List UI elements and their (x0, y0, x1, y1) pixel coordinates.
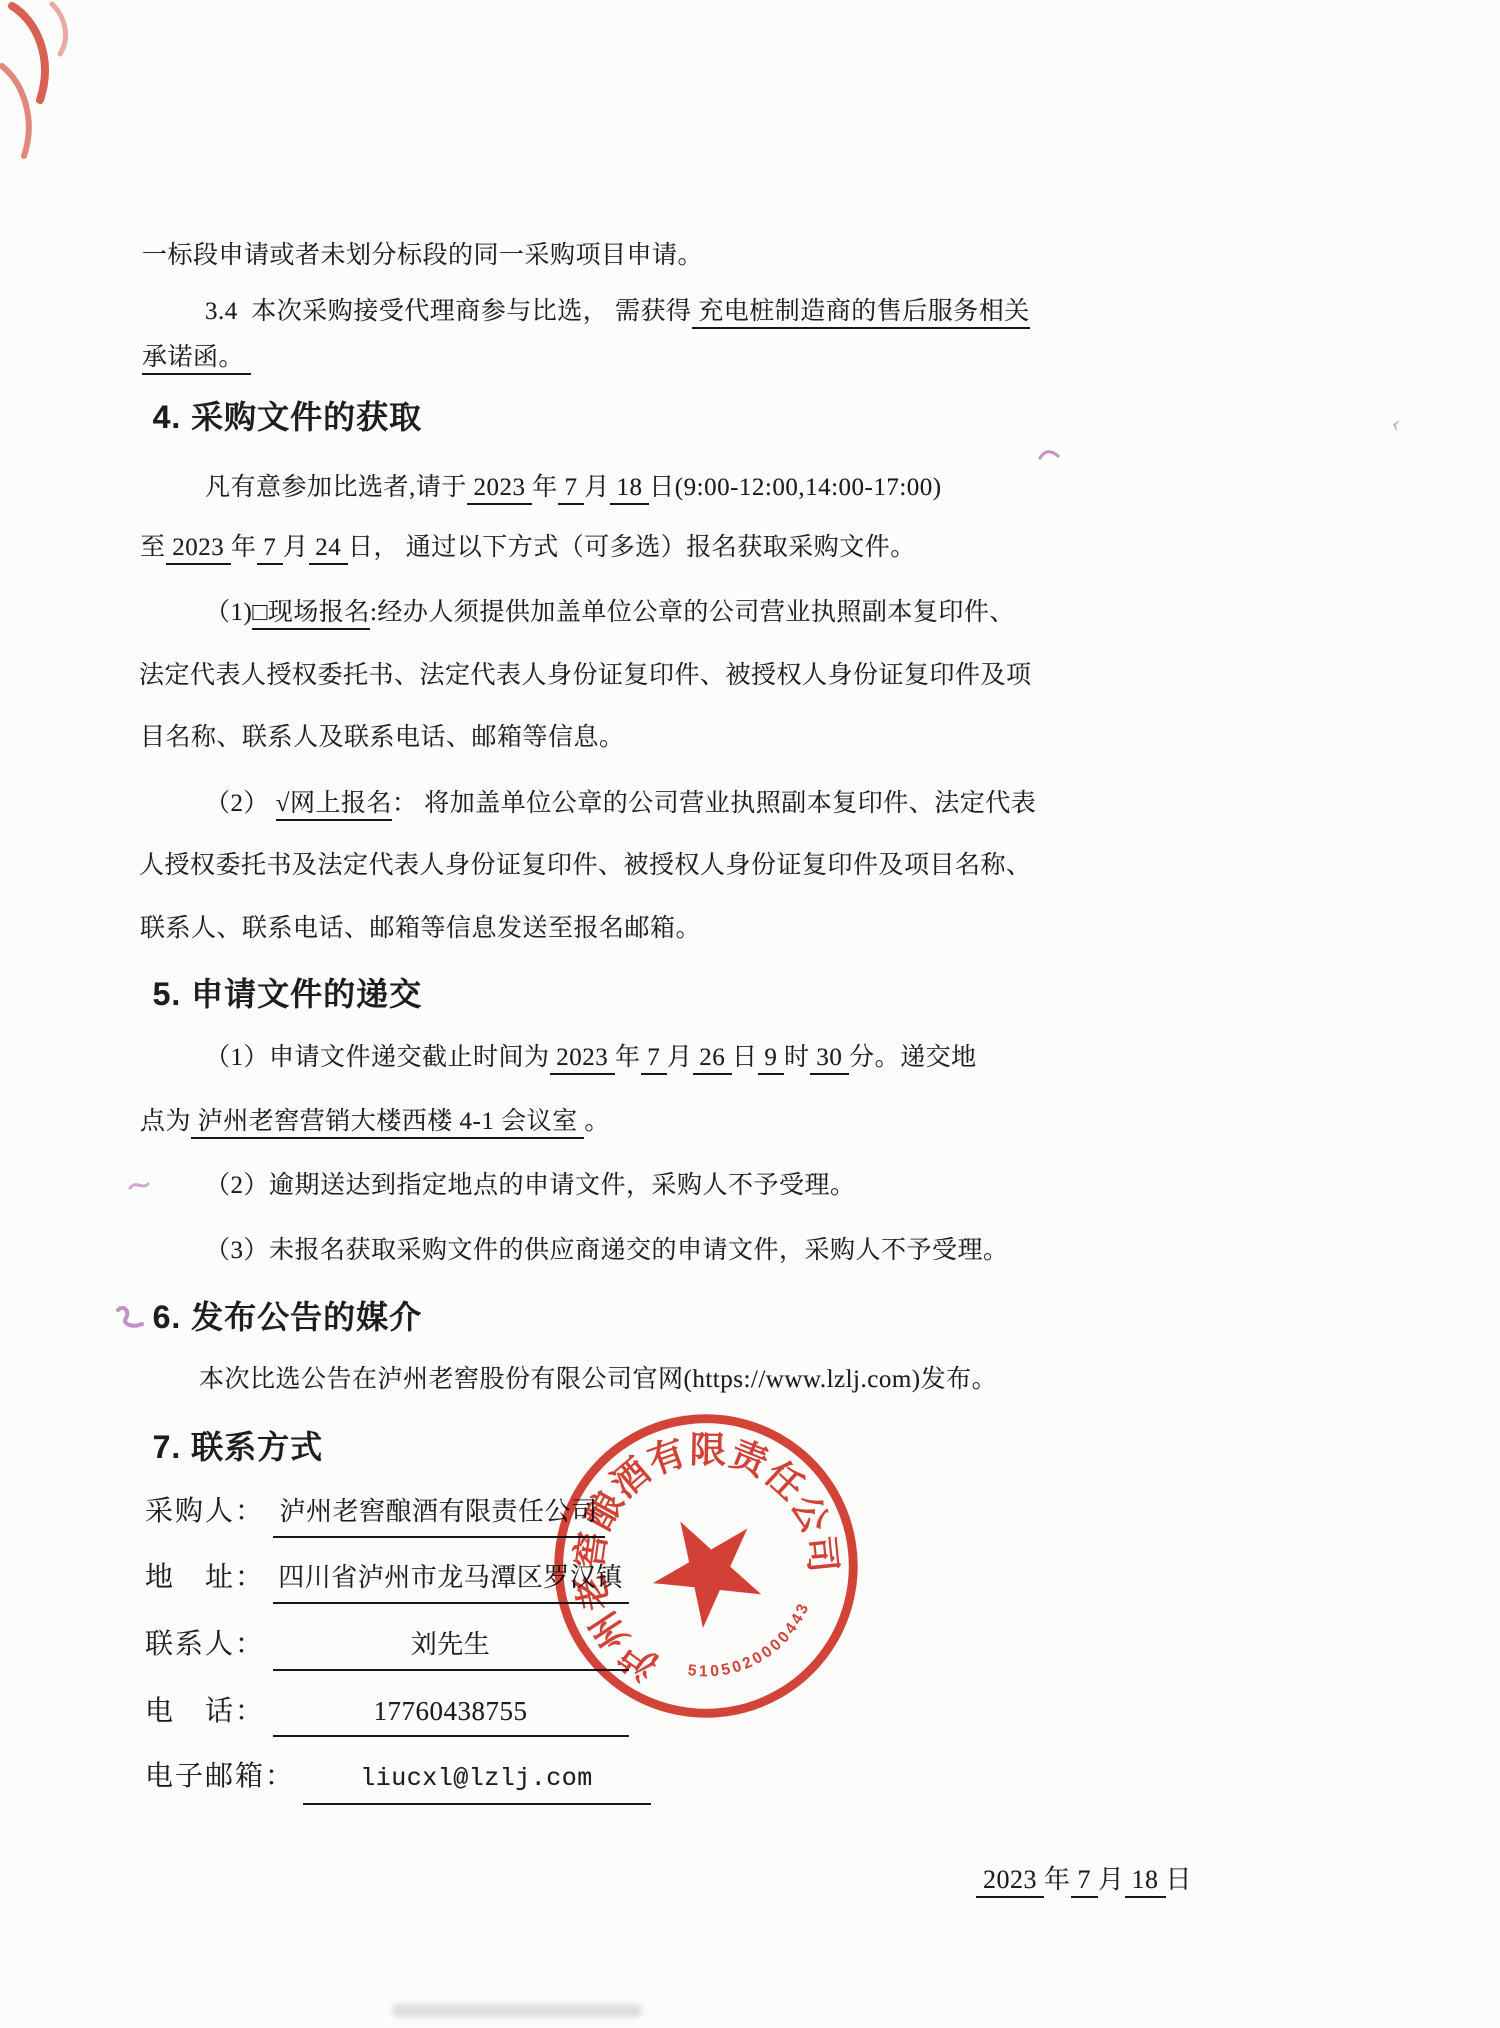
star-icon (633, 1494, 779, 1638)
filled-blank-day: 26 (693, 1044, 733, 1075)
signature-date: 2023 年 7 月 18 日 (948, 1820, 1192, 1940)
text-run: 至 (140, 534, 166, 561)
text-run: 日 (732, 1044, 758, 1071)
scan-smudge (392, 2004, 642, 2017)
email-value: liucxl@lzlj.com (303, 1757, 651, 1805)
purple-ink-speck-icon (1036, 442, 1062, 466)
text-run: 月 (667, 1044, 693, 1071)
text-run: 年 (1044, 1865, 1071, 1894)
scanned-document-page: ‹ 一标段申请或者未划分标段的同一采购项目申请。 3.4 本次采购接受代理商参与… (0, 0, 1500, 2028)
filled-blank-minute: 30 (810, 1044, 850, 1075)
email-label: 电子邮箱： (145, 1761, 295, 1792)
date-day: 18 (1125, 1865, 1166, 1898)
text-run: 3.4 本次采购接受代理商参与比选， 需获得 (205, 298, 692, 325)
company-seal-stamp: 泸州老窖酿酒有限责任公司 5105020000443 (538, 1398, 874, 1734)
stray-pen-mark: ‹ (1389, 407, 1405, 438)
date-month: 7 (1071, 1865, 1099, 1898)
text-run: 年 (615, 1044, 641, 1071)
filled-blank: 充电桩制造商的售后服务相关 (692, 298, 1030, 329)
filled-blank-hour: 9 (758, 1044, 785, 1075)
filled-blank-month: 7 (641, 1044, 668, 1075)
corner-red-ink-marks-icon (0, 0, 200, 220)
text-run: 月 (1098, 1865, 1125, 1894)
text-run: 时 (784, 1044, 810, 1071)
text-run: 分。递交地 (849, 1044, 977, 1071)
text-run: 日 (1166, 1865, 1193, 1894)
date-year: 2023 (976, 1865, 1044, 1898)
